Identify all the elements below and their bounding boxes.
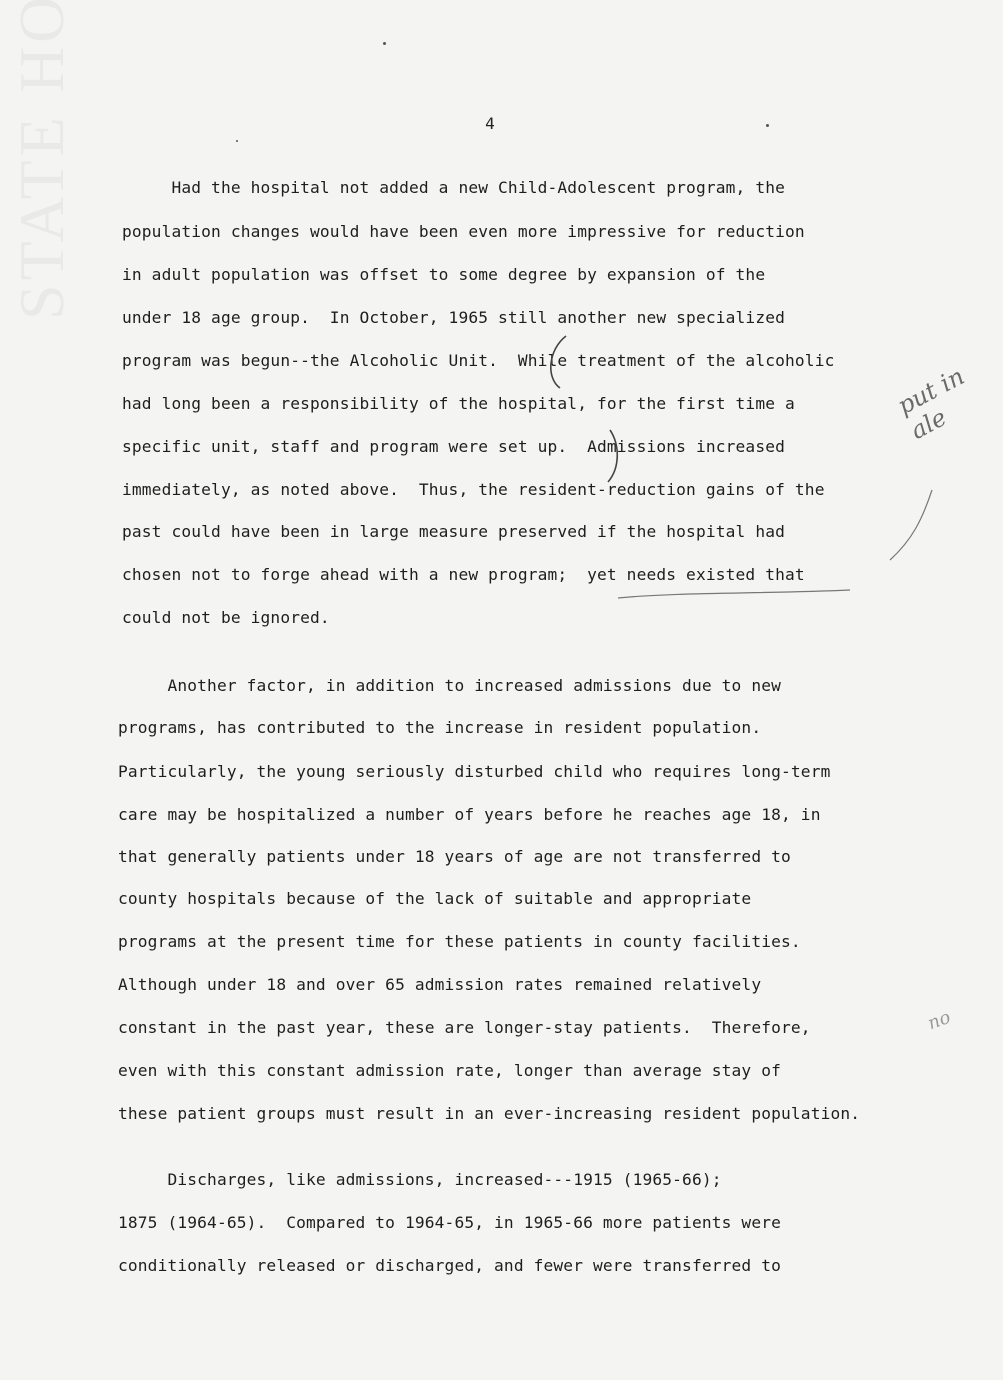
- speck: [236, 140, 238, 142]
- pencil-annotations: [0, 0, 1003, 1380]
- speck: [766, 124, 769, 127]
- speck: [383, 42, 386, 45]
